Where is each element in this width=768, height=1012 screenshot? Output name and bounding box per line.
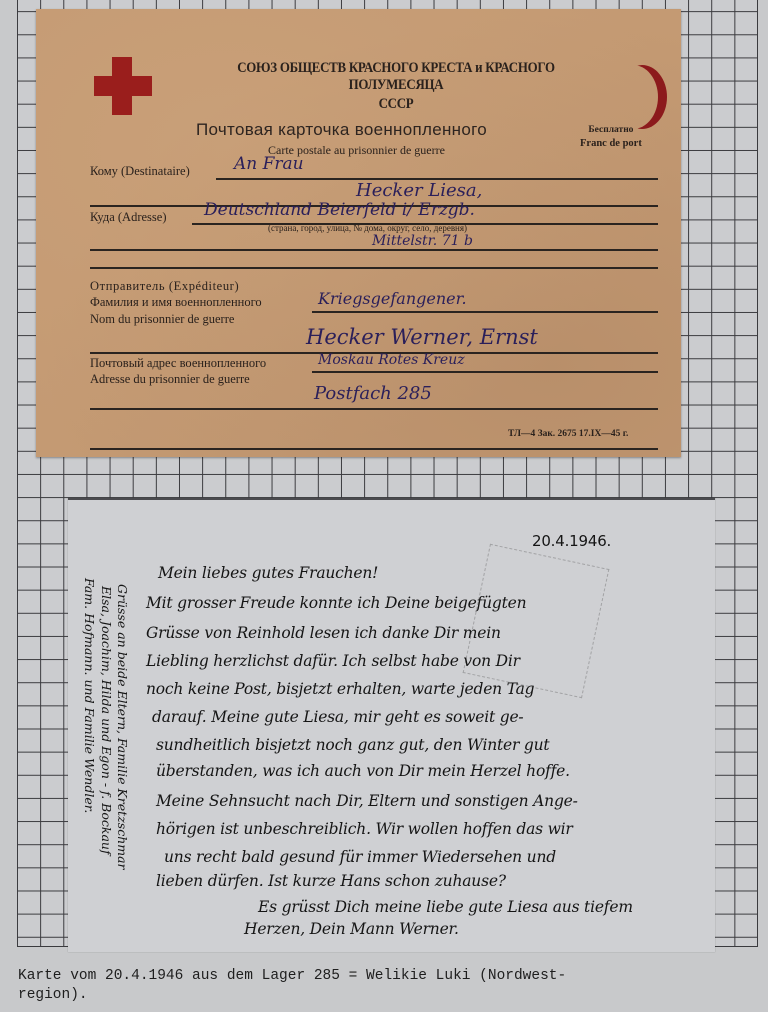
address-line-1: Deutschland Beierfeld i/ Erzgb. — [204, 200, 475, 220]
sender-address-line-2: Postfach 285 — [314, 383, 432, 404]
letter-date: 20.4.1946. — [532, 532, 611, 550]
letter-line: Mein liebes gutes Frauchen! — [158, 564, 378, 582]
recipient-line-1: An Frau — [234, 154, 304, 174]
margin-line: Fam. Hofmann. und Familie Wendler. — [82, 578, 97, 813]
sender-address-label-ru: Почтовый адрес военнопленного — [90, 356, 266, 371]
letter-line: hörigen ist unbeschreiblich. Wir wollen … — [156, 820, 573, 838]
organization-header: СОЮЗ ОБЩЕСТВ КРАСНОГО КРЕСТА и КРАСНОГО … — [190, 60, 603, 113]
recipient-line-2: Hecker Liesa, — [356, 180, 482, 201]
letter-line: darauf. Meine gute Liesa, mir geht es so… — [152, 708, 523, 726]
sender-line-1: Kriegsgefangener. — [318, 289, 467, 308]
print-code: ТЛ—4 Зак. 2675 17.IX—45 г. — [508, 429, 628, 439]
recipient-label: Кому (Destinataire) — [90, 164, 190, 179]
sender-label: Отправитель (Expéditeur) — [90, 279, 239, 294]
sender-line-2: Hecker Werner, Ernst — [306, 325, 538, 349]
postage-ru: Бесплатно — [580, 124, 642, 137]
caption-line-2: region). — [18, 986, 758, 1005]
rule — [90, 267, 658, 269]
letter-line: Es grüsst Dich meine liebe gute Liesa au… — [258, 898, 633, 916]
address-label: Куда (Adresse) — [90, 210, 166, 225]
organization-country: СССР — [190, 96, 603, 113]
address-line-2: Mittelstr. 71 b — [372, 233, 473, 249]
letter-line: Herzen, Dein Mann Werner. — [244, 920, 459, 938]
sender-name-label-fr: Nom du prisonnier de guerre — [90, 312, 234, 327]
letter-line: Liebling herzlichst dafür. Ich selbst ha… — [146, 652, 520, 670]
letter-line: Mit grosser Freude konnte ich Deine beig… — [146, 594, 526, 612]
red-cross-icon — [94, 57, 152, 115]
rule — [90, 249, 658, 251]
sender-address-label-fr: Adresse du prisonnier de guerre — [90, 372, 250, 387]
margin-line: Elsa, Joachim, Hilda und Egon - f. Bocka… — [99, 586, 114, 855]
letter-line: Grüsse von Reinhold lesen ich danke Dir … — [146, 624, 501, 642]
rule — [90, 448, 658, 450]
sender-name-label-ru: Фамилия и имя военнопленного — [90, 295, 262, 310]
letter-line: Meine Sehnsucht nach Dir, Eltern und son… — [156, 792, 578, 810]
address-hint: (страна, город, улица, № дома, округ, се… — [268, 223, 467, 233]
postage-fr: Franc de port — [580, 137, 642, 150]
sender-address-line-1: Moskau Rotes Kreuz — [318, 352, 465, 368]
postage-free-label: Бесплатно Franc de port — [580, 124, 642, 150]
letter-line: lieben dürfen. Ist kurze Hans schon zuha… — [156, 872, 506, 890]
rule — [90, 408, 658, 410]
rule — [312, 371, 658, 373]
organization-name: СОЮЗ ОБЩЕСТВ КРАСНОГО КРЕСТА и КРАСНОГО … — [237, 60, 555, 93]
rule — [312, 311, 658, 313]
pow-postcard: СОЮЗ ОБЩЕСТВ КРАСНОГО КРЕСТА и КРАСНОГО … — [36, 9, 681, 457]
letter-line: sundheitlich bisjetzt noch ganz gut, den… — [156, 736, 549, 754]
letter-line: uns recht bald gesund für immer Wiederse… — [164, 848, 556, 866]
caption-line-1: Karte vom 20.4.1946 aus dem Lager 285 = … — [18, 967, 758, 986]
margin-line: Grüsse an beide Eltern, Familie Kretzsch… — [115, 584, 130, 870]
letter-line: noch keine Post, bisjetzt erhalten, wart… — [146, 680, 534, 698]
album-caption: Karte vom 20.4.1946 aus dem Lager 285 = … — [18, 967, 758, 1005]
card-title: Почтовая карточка военнопленного — [196, 120, 487, 140]
red-crescent-icon — [608, 65, 658, 129]
letter-line: überstanden, was ich auch von Dir mein H… — [156, 762, 570, 780]
